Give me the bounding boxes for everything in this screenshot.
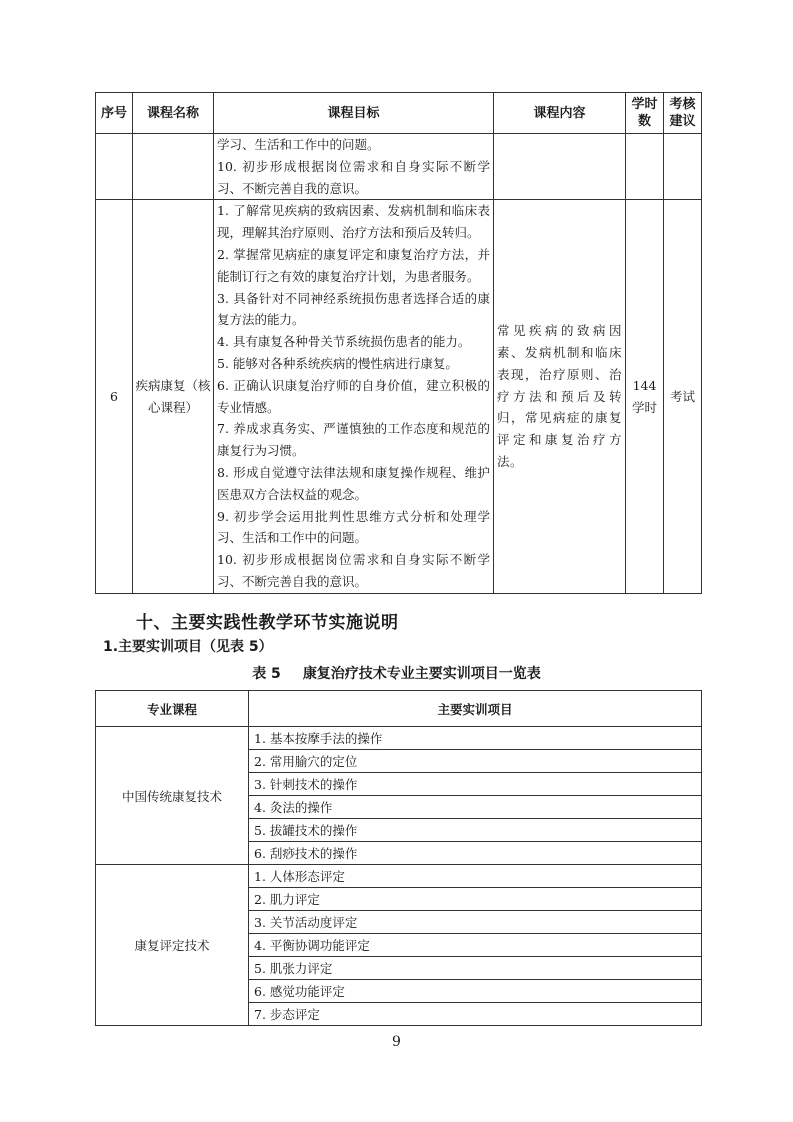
training-item: 6. 感觉功能评定 (249, 980, 702, 1003)
section-subheading: 1.主要实训项目（见表 5） (103, 636, 273, 656)
row-assessment: 考试 (664, 200, 702, 593)
goal-line: 10. 初步形成根据岗位需求和自身实际不断学习、不断完善自我的意识。 (217, 156, 490, 200)
training-item: 6. 刮痧技术的操作 (249, 842, 702, 865)
training-item: 1. 基本按摩手法的操作 (249, 727, 702, 750)
goal-item: 3. 具备针对不同神经系统损伤患者选择合适的康复方法的能力。 (217, 288, 490, 332)
table-row-continued: 学习、生活和工作中的问题。 10. 初步形成根据岗位需求和自身实际不断学习、不断… (96, 134, 702, 200)
goal-item: 8. 形成自觉遵守法律法规和康复操作规程、维护医患双方合法权益的观念。 (217, 462, 490, 506)
goal-item: 6. 正确认识康复治疗师的自身价值，建立积极的专业情感。 (217, 375, 490, 419)
training-item: 4. 灸法的操作 (249, 796, 702, 819)
row-course-content: 常见疾病的致病因素、发病机制和临床表现，治疗原则、治疗方法和预后及转归，常见病症… (494, 200, 626, 593)
training-item: 3. 针刺技术的操作 (249, 773, 702, 796)
row-hours: 144学时 (626, 200, 664, 593)
goal-item: 10. 初步形成根据岗位需求和自身实际不断学习、不断完善自我的意识。 (217, 549, 490, 593)
table-header-row: 序号 课程名称 课程目标 课程内容 学时数 考核建议 (96, 93, 702, 134)
training-item: 7. 步态评定 (249, 1003, 702, 1026)
header-hours: 学时数 (626, 93, 664, 134)
row-course-goals: 1. 了解常见疾病的致病因素、发病机制和临床表现，理解其治疗原则、治疗方法和预后… (214, 200, 494, 593)
training-item: 1. 人体形态评定 (249, 865, 702, 888)
goal-item: 4. 具有康复各种骨关节系统损伤患者的能力。 (217, 331, 490, 353)
course-table: 序号 课程名称 课程目标 课程内容 学时数 考核建议 学习、生活和工作中的问题。… (95, 92, 702, 594)
header-course: 专业课程 (96, 691, 249, 727)
group-course: 康复评定技术 (96, 865, 249, 1026)
goal-item: 7. 养成求真务实、严谨慎独的工作态度和规范的康复行为习惯。 (217, 418, 490, 462)
goal-item: 9. 初步学会运用批判性思维方式分析和处理学习、生活和工作中的问题。 (217, 506, 490, 550)
header-index: 序号 (96, 93, 133, 134)
section-heading: 十、主要实践性教学环节实施说明 (136, 608, 399, 633)
table-row: 康复评定技术 1. 人体形态评定 (96, 865, 702, 888)
goal-item: 1. 了解常见疾病的致病因素、发病机制和临床表现，理解其治疗原则、治疗方法和预后… (217, 200, 490, 244)
table-caption: 表 5康复治疗技术专业主要实训项目一览表 (0, 663, 793, 683)
training-item: 2. 肌力评定 (249, 888, 702, 911)
table-header-row: 专业课程 主要实训项目 (96, 691, 702, 727)
row-course-name: 疾病康复（核心课程） (133, 200, 214, 593)
caption-label: 表 5 (252, 666, 281, 682)
continued-goals: 学习、生活和工作中的问题。 10. 初步形成根据岗位需求和自身实际不断学习、不断… (214, 134, 494, 200)
training-item: 5. 拔罐技术的操作 (249, 819, 702, 842)
header-course-name: 课程名称 (133, 93, 214, 134)
training-table: 专业课程 主要实训项目 中国传统康复技术 1. 基本按摩手法的操作 2. 常用腧… (95, 690, 702, 1026)
header-course-content: 课程内容 (494, 93, 626, 134)
goal-line: 学习、生活和工作中的问题。 (217, 134, 490, 156)
group-course: 中国传统康复技术 (96, 727, 249, 865)
page-number: 9 (0, 1034, 793, 1050)
training-item: 4. 平衡协调功能评定 (249, 934, 702, 957)
goal-item: 2. 掌握常见病症的康复评定和康复治疗方法，并能制订行之有效的康复治疗计划，为患… (217, 244, 490, 288)
table-row: 6 疾病康复（核心课程） 1. 了解常见疾病的致病因素、发病机制和临床表现，理解… (96, 200, 702, 593)
table-row: 中国传统康复技术 1. 基本按摩手法的操作 (96, 727, 702, 750)
caption-title: 康复治疗技术专业主要实训项目一览表 (303, 666, 541, 682)
row-index: 6 (96, 200, 133, 593)
training-item: 2. 常用腧穴的定位 (249, 750, 702, 773)
training-item: 5. 肌张力评定 (249, 957, 702, 980)
header-course-goal: 课程目标 (214, 93, 494, 134)
header-assessment: 考核建议 (664, 93, 702, 134)
goal-item: 5. 能够对各种系统疾病的慢性病进行康复。 (217, 353, 490, 375)
header-training-items: 主要实训项目 (249, 691, 702, 727)
training-item: 3. 关节活动度评定 (249, 911, 702, 934)
